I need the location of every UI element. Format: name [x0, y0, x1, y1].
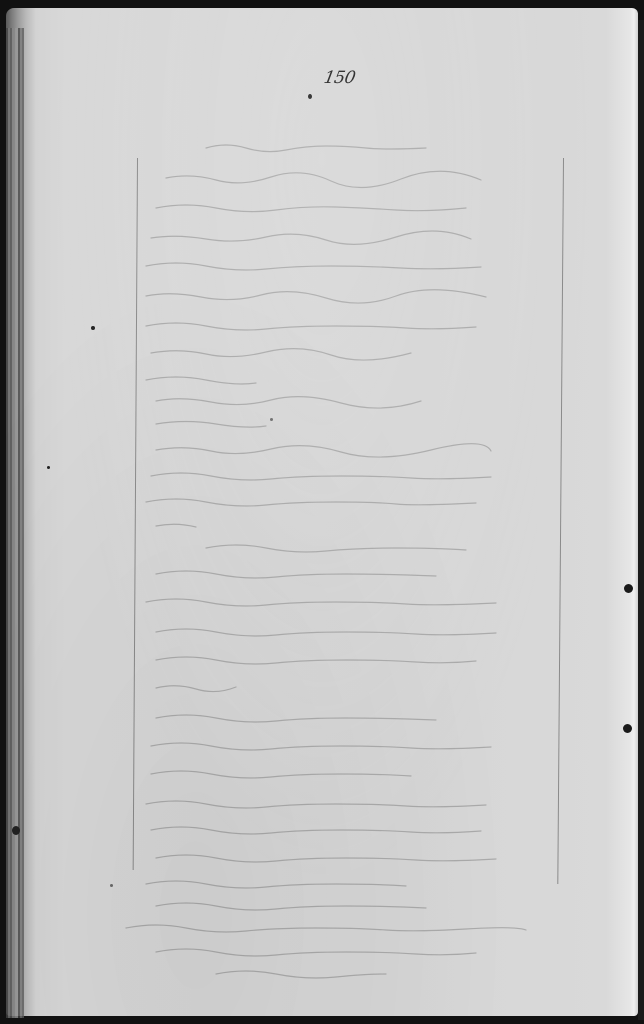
binding-hole [623, 724, 632, 733]
ink-spot [91, 326, 95, 330]
bleed-through-handwriting [6, 8, 638, 1016]
ink-spot [12, 826, 20, 835]
manuscript-page: 150 [6, 8, 638, 1016]
ink-spot [47, 466, 50, 469]
ink-spot [270, 418, 273, 421]
scan-background-edge [638, 20, 644, 1020]
ink-spot [308, 94, 312, 99]
binding-hole [624, 584, 633, 593]
ink-spot [110, 884, 113, 887]
